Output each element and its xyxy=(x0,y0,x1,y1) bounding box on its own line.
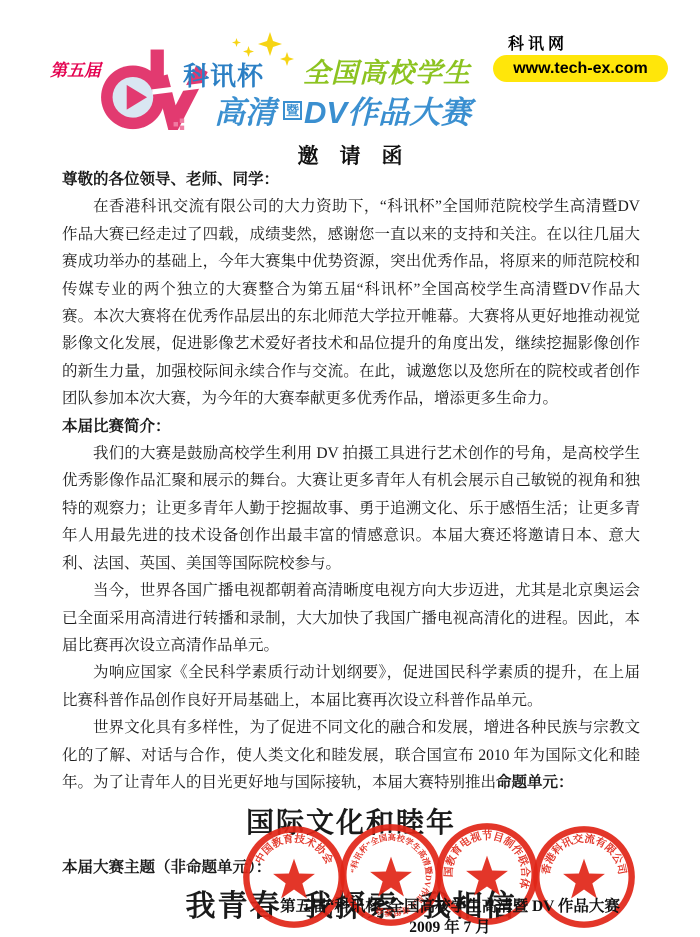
site-url-banner: www.tech-ex.com xyxy=(493,55,668,82)
seal-star-icon xyxy=(563,859,605,899)
seal-star-icon xyxy=(370,857,412,897)
sparkle-icon xyxy=(258,32,282,56)
site-name: 科讯网 xyxy=(508,31,568,54)
signature-contest-name: 第五届“科讯杯”全国高校学生高清暨 DV 作品大赛 xyxy=(190,896,700,917)
letter-body: 尊敬的各位领导、老师、同学： 在香港科讯交流有限公司的大力资助下，“科讯杯”全国… xyxy=(62,166,640,928)
signature-block: 第五届“科讯杯”全国高校学生高清暨 DV 作品大赛 2009 年 7 月 xyxy=(190,896,700,937)
site-url-text: www.tech-ex.com xyxy=(513,60,648,78)
section-heading: 本届比赛简介： xyxy=(62,413,640,440)
logo-hd-text: 高清 xyxy=(214,87,276,132)
sparkle-icon xyxy=(232,38,241,47)
signature-date: 2009 年 7 月 xyxy=(190,917,700,937)
themed-unit-label: 命题单元： xyxy=(496,774,574,791)
sparkle-icon xyxy=(280,52,294,66)
paragraph-3: 当今，世界各国广播电视都朝着高清晰度电视方向大步迈进，尤其是北京奥运会已全面采用… xyxy=(62,577,640,659)
paragraph-1: 在香港科讯交流有限公司的大力资助下，“科讯杯”全国师范院校学生高清暨DV作品大赛… xyxy=(62,193,640,412)
sparkle-icon xyxy=(243,46,254,57)
seal-star-icon xyxy=(273,859,315,899)
edition-label: 第五届 xyxy=(50,56,101,81)
salutation: 尊敬的各位领导、老师、同学： xyxy=(62,166,640,193)
logo-ji-box: 暨 xyxy=(283,101,302,120)
paragraph-5: 世界文化具有多样性，为了促进不同文化的融合和发展，增进各种民族与宗教文化的了解、… xyxy=(62,714,640,796)
logo-contest-text: DV作品大赛 xyxy=(304,87,471,132)
logo-students-text: 全国高校学生 xyxy=(303,51,471,90)
seal-star-icon xyxy=(466,856,508,896)
paragraph-2: 我们的大赛是鼓励高校学生利用 DV 拍摄工具进行艺术创作的号角，是高校学生优秀影… xyxy=(62,440,640,577)
invitation-letter-page: 第五届 科讯杯 全国高校学生 高清 暨 DV作品大赛 科讯网 www.tech-… xyxy=(0,0,700,937)
paragraph-4: 为响应国家《全民科学素质行动计划纲要》，促进国民科学素质的提升，在上届比赛科普作… xyxy=(62,659,640,714)
